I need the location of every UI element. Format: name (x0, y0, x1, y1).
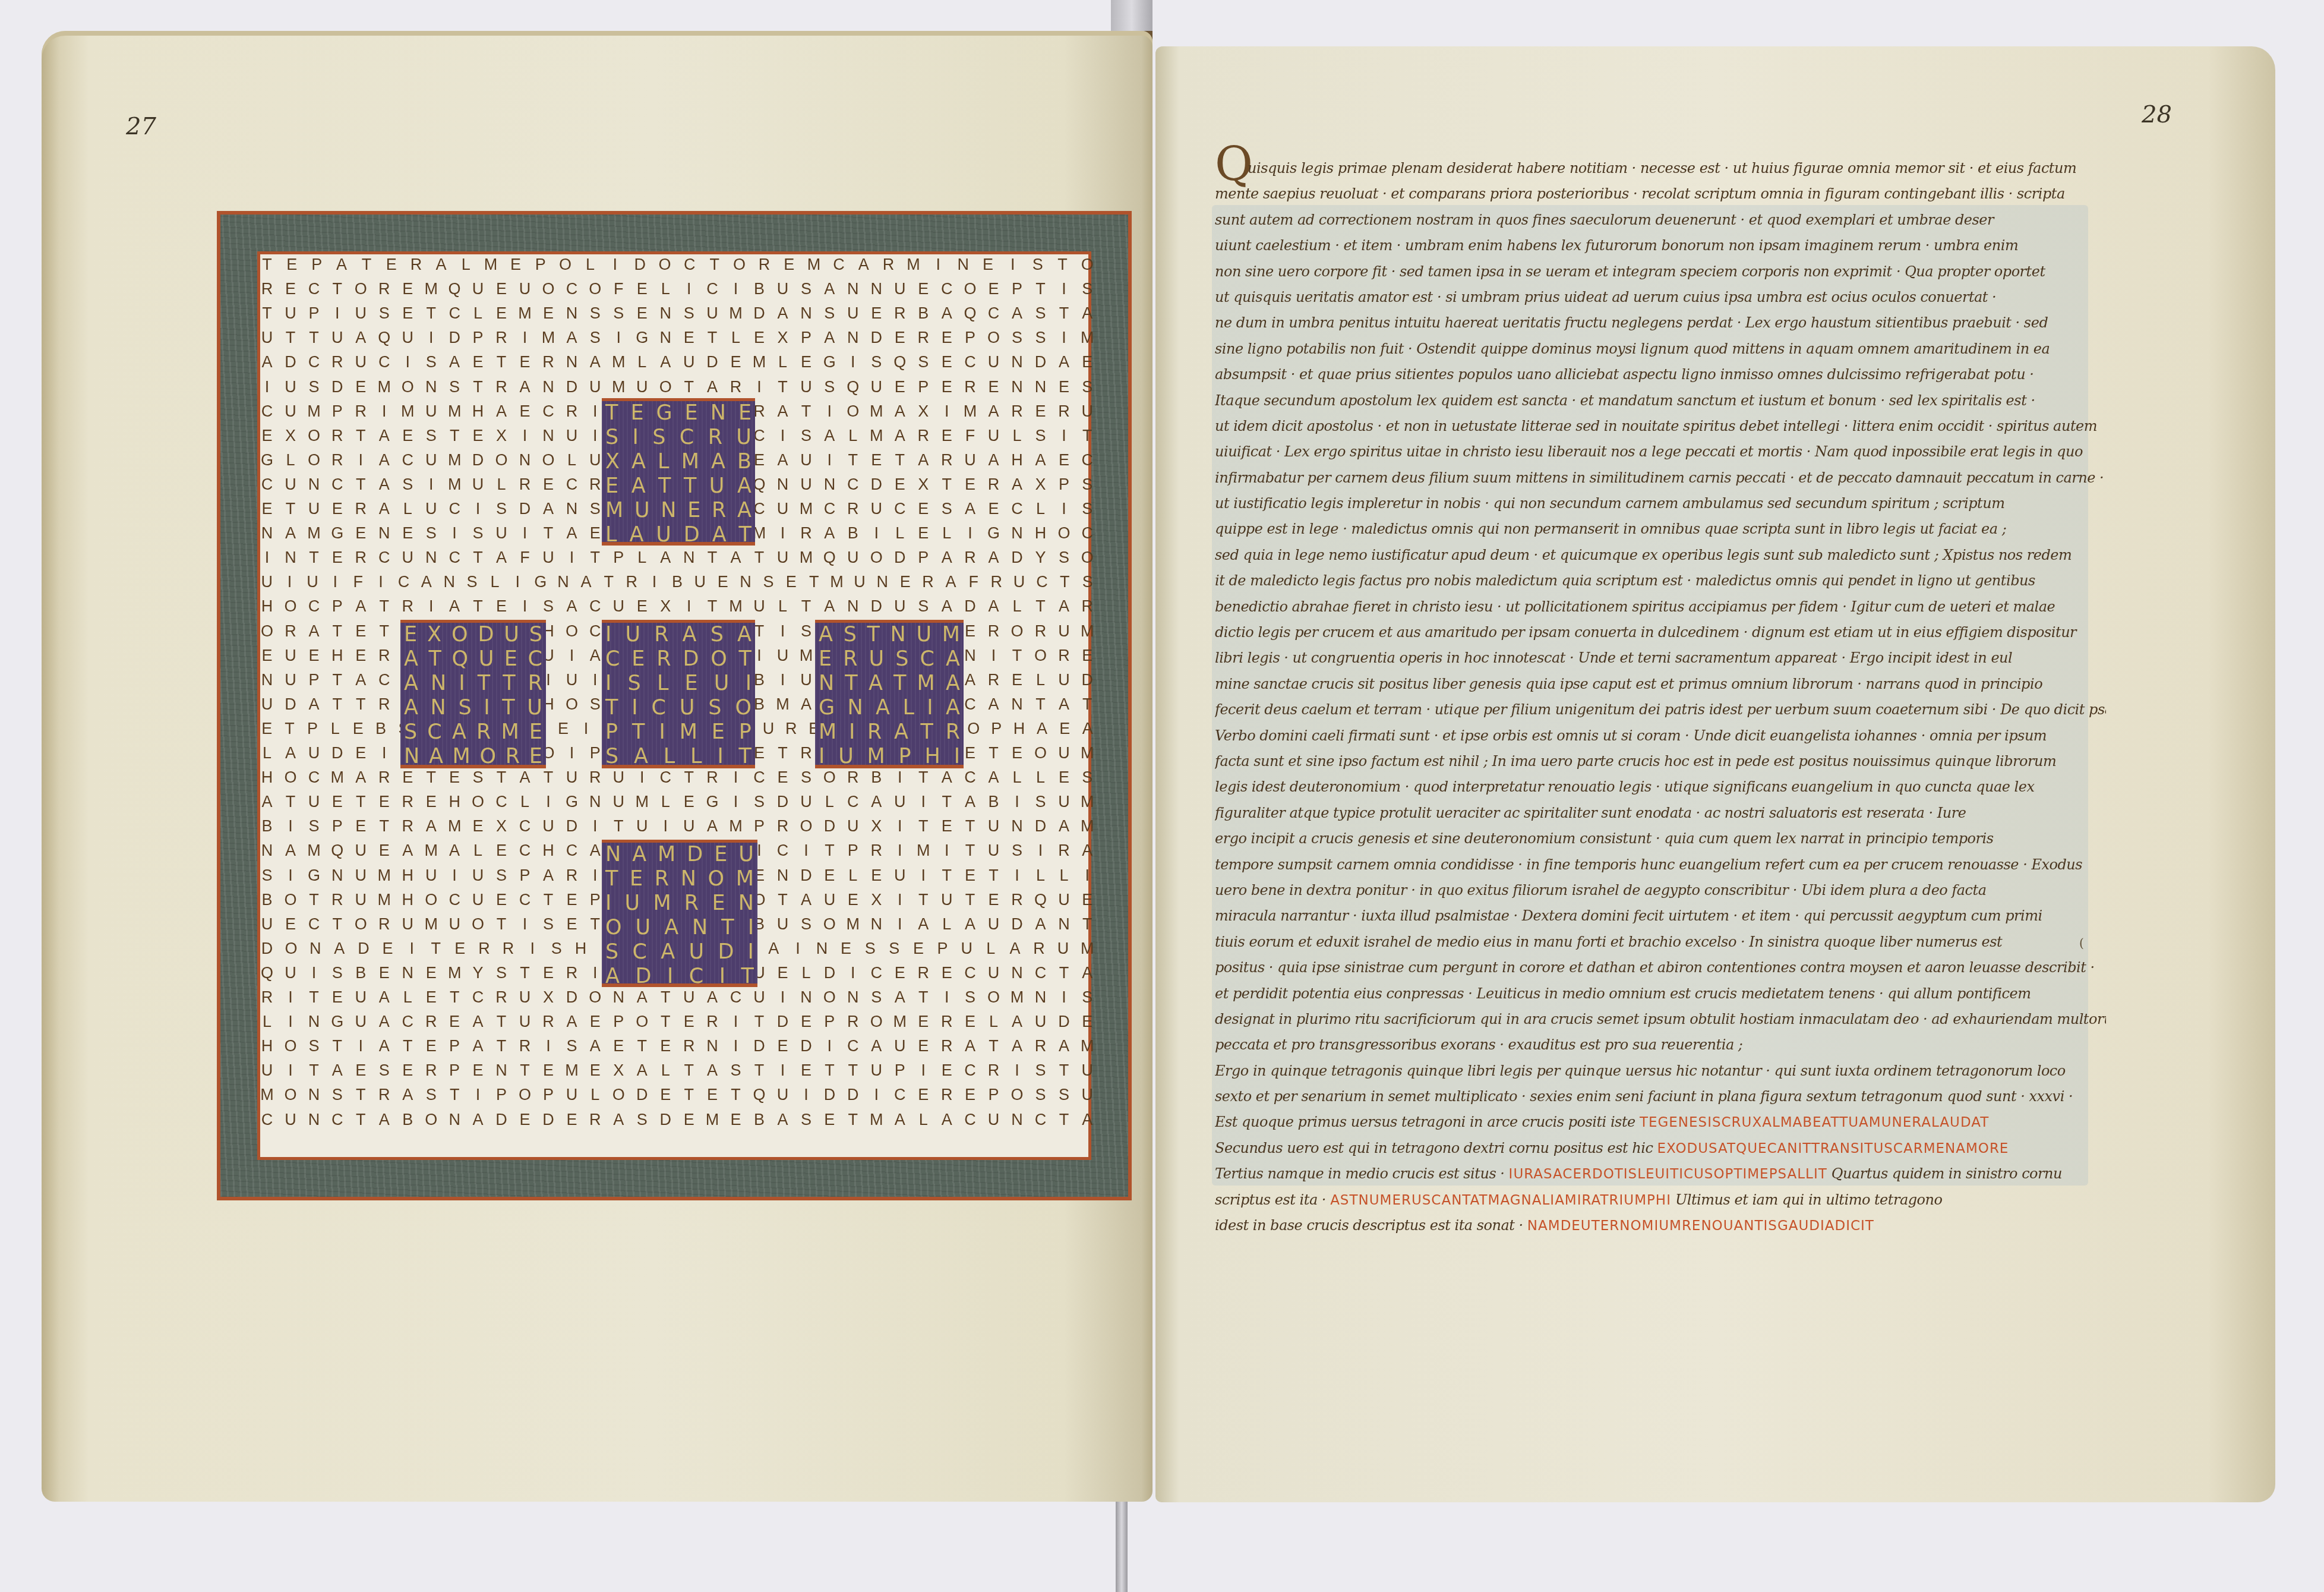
grid-letter: T (1052, 964, 1075, 985)
grid-letter: S (1006, 841, 1029, 863)
grid-letter: H (396, 866, 419, 888)
grid-letter: O (279, 891, 302, 912)
grid-letter: T (466, 597, 490, 619)
grid-letter: L (912, 1111, 935, 1132)
grid-letter: U (748, 988, 771, 1010)
grid-letter: T (349, 793, 372, 814)
grid-letter: S (724, 1061, 747, 1083)
grid-letter: S (419, 353, 443, 374)
grid-letter: A (939, 573, 962, 594)
grid-letter: C (654, 768, 677, 790)
grid-letter: P (607, 1013, 630, 1034)
grid-letter: A (1006, 1037, 1029, 1058)
grid-letter: R (794, 744, 817, 765)
grid-letter: R (255, 280, 279, 301)
grid-letter: O (818, 915, 841, 937)
grid-letter: U (443, 915, 466, 937)
grid-letter: U (935, 891, 958, 912)
box-line: PTIMEP (602, 720, 755, 745)
grid-letter: C (536, 402, 560, 424)
grid-letter: C (302, 768, 326, 790)
grid-letter: A (349, 671, 372, 692)
grid-letter: A (372, 1013, 396, 1034)
grid-letter: R (560, 866, 583, 888)
grid-letter: U (982, 1111, 1005, 1132)
grid-letter: R (1076, 597, 1099, 619)
grid-letter: C (302, 353, 326, 374)
grid-letter: R (841, 1013, 864, 1034)
grid-letter: T (1029, 597, 1052, 619)
grid-letter: S (1006, 329, 1029, 350)
grid-letter: U (677, 988, 700, 1010)
grid-letter: E (1076, 1013, 1099, 1034)
grid-letter: Y (466, 964, 490, 985)
grid-letter: M (1076, 940, 1099, 961)
grid-letter: A (888, 427, 911, 448)
grid-letter: O (466, 793, 490, 814)
box-line: LAUDAT (602, 523, 755, 547)
grid-letter: A (330, 256, 353, 277)
grid-letter: X (771, 329, 794, 350)
grid-letter: R (982, 671, 1005, 692)
grid-letter: D (654, 1111, 677, 1132)
box-line: SCAUDI (602, 940, 757, 964)
grid-letter: R (724, 378, 747, 399)
grid-letter: E (912, 1037, 935, 1058)
grid-letter: D (1029, 353, 1052, 374)
grid-letter: R (771, 817, 794, 838)
box-line: ASTNUM (815, 623, 964, 647)
grid-letter: I (786, 940, 809, 961)
grid-letter: T (654, 1013, 677, 1034)
grid-letter: I (279, 866, 302, 888)
grid-letter: O (1029, 744, 1052, 765)
grid-letter: U (560, 427, 583, 448)
text-line: mente saepius reuoluat · et comparans pr… (1215, 181, 2106, 207)
grid-letter: O (536, 280, 560, 301)
grid-letter: U (982, 817, 1005, 838)
grid-letter: D (629, 256, 652, 277)
grid-letter: M (630, 793, 653, 814)
grid-letter: C (1031, 573, 1053, 594)
grid-letter: A (513, 768, 536, 790)
grid-letter: O (653, 256, 677, 277)
cross-bottom-box: NAMDEUTERNOMIUMRENOUANTISCAUDIADICIT (602, 840, 757, 987)
text-line: quippe est in lege · maledictus omnis qu… (1215, 516, 2106, 542)
text-line: uero bene in dextra ponitur · in quo exi… (1215, 878, 2106, 903)
grid-letter: T (748, 1013, 771, 1034)
grid-letter: O (419, 1111, 443, 1132)
grid-letter: M (803, 256, 826, 277)
grid-letter: R (982, 622, 1005, 644)
grid-letter: E (513, 353, 536, 374)
grid-letter: O (1052, 524, 1075, 546)
grid-letter: P (841, 841, 864, 863)
grid-letter: L (654, 1061, 677, 1083)
grid-letter: N (438, 573, 460, 594)
grid-letter: E (466, 427, 490, 448)
grid-letter: I (771, 427, 794, 448)
commentary-text: uisquis legis primae plenam desiderat ha… (1215, 156, 2106, 1238)
grid-letter: E (560, 1111, 583, 1132)
grid-letter: A (560, 597, 583, 619)
grid-letter: D (818, 1086, 841, 1107)
grid-letter: S (1076, 768, 1099, 790)
grid-letter: D (701, 353, 724, 374)
grid-letter: C (302, 597, 326, 619)
grid-letter: M (607, 353, 630, 374)
grid-letter: E (552, 720, 574, 741)
grid-letter: N (536, 378, 560, 399)
grid-letter: B (748, 280, 771, 301)
grid-letter: T (513, 1061, 536, 1083)
grid-letter: O (279, 1037, 302, 1058)
grid-letter: E (1029, 402, 1052, 424)
grid-letter: M (865, 402, 888, 424)
grid-letter: A (1006, 304, 1029, 326)
grid-letter: A (724, 548, 747, 570)
grid-letter: N (841, 280, 864, 301)
grid-letter: S (865, 988, 888, 1010)
grid-letter: I (443, 524, 466, 546)
grid-letter: E (794, 353, 817, 374)
grid-letter: I (396, 353, 419, 374)
grid-letter: E (490, 280, 513, 301)
grid-letter: I (724, 768, 747, 790)
grid-letter: M (513, 304, 536, 326)
grid-letter: R (326, 427, 349, 448)
grid-letter: T (326, 915, 349, 937)
grid-letter: T (701, 548, 724, 570)
grid-letter: U (513, 280, 536, 301)
grid-letter: A (443, 841, 466, 863)
grid-letter: T (326, 622, 349, 644)
grid-letter: U (349, 1013, 372, 1034)
box-line: ERUSCA (815, 647, 964, 672)
grid-letter: O (959, 280, 982, 301)
grid-letter: U (865, 378, 888, 399)
grid-letter: S (1029, 304, 1052, 326)
box-line: SISCRU (602, 425, 755, 450)
grid-letter: C (302, 280, 326, 301)
grid-letter: N (771, 475, 794, 497)
grid-letter: T (771, 891, 794, 912)
grid-letter: I (818, 451, 841, 472)
grid-letter: S (460, 573, 483, 594)
grid-letter: L (654, 280, 677, 301)
grid-letter: T (424, 940, 447, 961)
grid-letter: R (497, 940, 520, 961)
grid-letter: N (1006, 1111, 1029, 1132)
grid-letter: A (560, 1013, 583, 1034)
grid-letter: L (324, 720, 346, 741)
box-line: SCARME (400, 720, 546, 745)
grid-letter: R (372, 280, 396, 301)
grid-letter: I (1052, 427, 1075, 448)
grid-letter: T (607, 817, 630, 838)
grid-letter: I (419, 597, 443, 619)
text-line: Tertius namque in medio crucis est situs… (1215, 1161, 2106, 1187)
grid-letter: A (326, 1061, 349, 1083)
grid-letter: L (560, 451, 583, 472)
grid-letter: R (372, 768, 396, 790)
grid-letter: S (443, 378, 466, 399)
grid-letter: U (841, 817, 864, 838)
grid-row: ADCRUCISAETERNAMLAUDEMLEGISQSECUNDAE (255, 353, 1099, 374)
grid-letter: O (560, 695, 583, 717)
grid-letter: U (466, 866, 490, 888)
grid-letter: I (302, 964, 326, 985)
text-line: it de maledicto legis factus pro nobis m… (1215, 568, 2106, 594)
grid-letter: E (912, 280, 935, 301)
grid-letter: S (794, 915, 817, 937)
grid-letter: T (701, 597, 724, 619)
grid-row: TUPIUSETCLEMENSSENSUMDANSUERBAQCASTA (255, 304, 1099, 326)
grid-letter: C (560, 841, 583, 863)
grid-letter: I (1029, 841, 1052, 863)
grid-letter: T (935, 866, 958, 888)
grid-letter: D (490, 1111, 513, 1132)
grid-letter: I (643, 573, 665, 594)
grid-letter: A (1052, 817, 1075, 838)
grid-letter: E (630, 597, 653, 619)
text-line: uiunt caelestium · et item · umbram enim… (1215, 233, 2106, 258)
grid-letter: A (372, 1111, 396, 1132)
grid-letter: S (757, 573, 779, 594)
grid-letter: E (959, 475, 982, 497)
grid-letter: A (490, 548, 513, 570)
grid-letter: T (372, 817, 396, 838)
grid-letter: I (771, 988, 794, 1010)
grid-letter: R (780, 720, 803, 741)
grid-letter: U (279, 402, 302, 424)
grid-letter: G (701, 793, 724, 814)
grid-letter: E (982, 378, 1005, 399)
grid-row: TEPATERALMEPOLIDOCTOREMCARMINEISTO (255, 256, 1099, 277)
grid-letter: A (701, 1061, 724, 1083)
grid-letter: E (279, 915, 302, 937)
grid-letter: N (490, 1061, 513, 1083)
grid-letter: P (959, 329, 982, 350)
grid-letter: E (865, 866, 888, 888)
grid-letter: R (912, 427, 935, 448)
grid-letter: O (794, 817, 817, 838)
grid-letter: T (912, 891, 935, 912)
grid-letter: D (1006, 548, 1029, 570)
grid-letter: I (724, 1037, 747, 1058)
grid-letter: G (982, 524, 1005, 546)
grid-letter: E (583, 1061, 607, 1083)
grid-letter: N (841, 597, 864, 619)
grid-letter: H (466, 402, 490, 424)
grid-letter: P (529, 256, 552, 277)
grid-letter: A (372, 988, 396, 1010)
grid-letter: M (302, 402, 326, 424)
box-line: NAMDEU (602, 843, 757, 867)
grid-letter: E (255, 427, 279, 448)
grid-letter: C (560, 475, 583, 497)
grid-letter: R (1028, 940, 1051, 961)
grid-letter: T (748, 548, 771, 570)
grid-letter: N (279, 548, 302, 570)
grid-letter: R (472, 940, 495, 961)
grid-letter: M (326, 768, 349, 790)
grid-letter: R (959, 378, 982, 399)
text-line: et perdidit potentia eius conpressas · L… (1215, 981, 2106, 1007)
grid-letter: S (794, 1111, 817, 1132)
grid-row: LINGUACREATURAEPOTERITDEPROMERELAUDE (255, 1013, 1099, 1034)
grid-letter: E (935, 378, 958, 399)
grid-letter: U (748, 597, 771, 619)
grid-letter: C (443, 548, 466, 570)
grid-letter: D (536, 1111, 560, 1132)
grid-letter: I (1006, 1061, 1029, 1083)
grid-letter: E (326, 500, 349, 521)
grid-letter: A (935, 304, 958, 326)
grid-letter: N (443, 1111, 466, 1132)
text-line: legis idest deuteronomium · quod interpr… (1215, 774, 2106, 800)
grid-letter: T (536, 524, 560, 546)
grid-letter: U (865, 500, 888, 521)
grid-letter: I (771, 1061, 794, 1083)
grid-letter: O (536, 451, 560, 472)
grid-letter: A (654, 548, 677, 570)
grid-letter: A (349, 768, 372, 790)
grid-letter: T (1052, 1111, 1075, 1132)
box-line: IURASA (602, 623, 755, 647)
grid-letter: E (959, 866, 982, 888)
grid-letter: A (372, 475, 396, 497)
grid-letter: O (349, 280, 372, 301)
grid-letter: R (372, 647, 396, 668)
grid-letter: E (419, 988, 443, 1010)
grid-letter: A (818, 329, 841, 350)
grid-letter: S (858, 940, 882, 961)
grid-letter: I (771, 622, 794, 644)
text-line: sed quia in lege nemo iustificatur apud … (1215, 543, 2106, 568)
grid-letter: O (490, 451, 513, 472)
box-line: OUANTI (602, 916, 757, 940)
grid-letter: E (449, 940, 472, 961)
grid-letter: S (794, 622, 817, 644)
grid-letter: I (1006, 866, 1029, 888)
grid-letter: I (604, 256, 627, 277)
grid-letter: B (912, 304, 935, 326)
grid-letter: E (865, 304, 888, 326)
grid-letter: U (279, 378, 302, 399)
grid-letter: A (818, 280, 841, 301)
grid-letter: I (724, 793, 747, 814)
grid-letter: U (1052, 622, 1075, 644)
grid-letter: E (771, 1037, 794, 1058)
text-line: infirmabatur per carnem deus filium suum… (1215, 465, 2106, 491)
grid-letter: C (1076, 451, 1099, 472)
grid-letter: N (1006, 378, 1029, 399)
grid-letter: A (701, 817, 724, 838)
grid-letter: H (1008, 720, 1030, 741)
text-line: benedictio abrahae fieret in christo ies… (1215, 594, 2106, 620)
grid-letter: E (1006, 671, 1029, 692)
grid-letter: P (326, 402, 349, 424)
grid-letter: F (513, 548, 536, 570)
grid-letter: U (757, 720, 779, 741)
text-line: Ergo in quinque tetragonis quinque libri… (1215, 1058, 2106, 1084)
grid-letter: E (935, 427, 958, 448)
grid-letter: I (443, 866, 466, 888)
grid-letter: O (865, 548, 888, 570)
grid-letter: N (841, 988, 864, 1010)
grid-letter: R (255, 988, 279, 1010)
grid-letter: R (326, 353, 349, 374)
grid-letter: N (304, 940, 327, 961)
grid-letter: A (701, 378, 724, 399)
grid-letter: E (513, 402, 536, 424)
grid-letter: C (748, 768, 771, 790)
grid-letter: A (328, 940, 351, 961)
grid-letter: I (521, 940, 544, 961)
grid-letter: R (1052, 647, 1075, 668)
grid-letter: I (959, 524, 982, 546)
text-line: fecerit deus caelum et terram · utique p… (1215, 697, 2106, 723)
grid-letter: E (1052, 768, 1075, 790)
grid-letter: U (959, 451, 982, 472)
grid-letter: R (372, 1086, 396, 1107)
grid-letter: X (912, 475, 935, 497)
grid-letter: M (1076, 744, 1099, 765)
grid-letter: R (560, 402, 583, 424)
grid-letter: E (490, 597, 513, 619)
grid-letter: G (529, 573, 552, 594)
grid-letter: U (771, 915, 794, 937)
grid-letter: Q (841, 378, 864, 399)
grid-letter: C (841, 1037, 864, 1058)
grid-letter: O (865, 1013, 888, 1034)
grid-row: HOCPATRIATEISACUEXITMULTANDUSADALTAR (255, 597, 1099, 619)
grid-letter: M (865, 427, 888, 448)
grid-letter: A (1076, 720, 1099, 741)
grid-letter: T (466, 548, 490, 570)
grid-letter: P (466, 329, 490, 350)
grid-letter: E (326, 793, 349, 814)
grid-letter: A (1052, 353, 1075, 374)
grid-letter: U (255, 1061, 279, 1083)
grid-letter: O (630, 1013, 653, 1034)
grid-letter: E (935, 353, 958, 374)
grid-letter: S (255, 866, 279, 888)
grid-letter: E (712, 573, 734, 594)
grid-letter: L (513, 793, 536, 814)
grid-letter: E (835, 940, 858, 961)
grid-letter: A (255, 793, 279, 814)
grid-letter: C (678, 256, 701, 277)
grid-letter: T (302, 329, 326, 350)
grid-letter: C (392, 573, 415, 594)
box-line: ATQUEC (400, 647, 546, 672)
grid-letter: A (935, 597, 958, 619)
grid-letter: S (560, 1037, 583, 1058)
grid-letter: B (982, 793, 1005, 814)
grid-letter: S (302, 378, 326, 399)
grid-letter: I (1052, 500, 1075, 521)
grid-letter: U (888, 866, 911, 888)
grid-letter: O (255, 622, 279, 644)
grid-letter: S (865, 353, 888, 374)
grid-letter: C (255, 1111, 279, 1132)
grid-letter: M (902, 256, 925, 277)
grid-letter: A (372, 500, 396, 521)
grid-letter: D (279, 695, 302, 717)
grid-row: UIUIFICANSLIGNATRIBUENSETMUNERAFRUCTS (255, 573, 1099, 594)
